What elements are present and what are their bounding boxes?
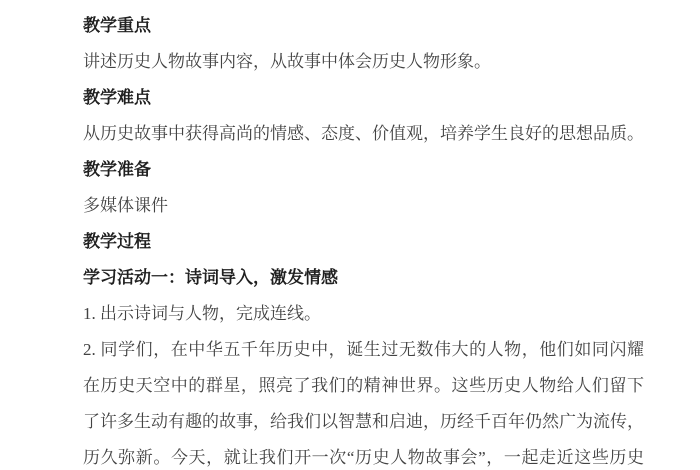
subheading-learning-activity-one: 学习活动一：诗词导入，激发情感 [83,260,644,296]
section-heading-teaching-preparation: 教学准备 [83,152,644,188]
section-heading-teaching-focus: 教学重点 [83,8,644,44]
paragraph-activity-step-2-line-4: 历久弥新。今天，就让我们开一次“历史人物故事会”，一起走近这些历史 [83,440,644,470]
paragraph-activity-step-2-line-3: 了许多生动有趣的故事，给我们以智慧和启迪，历经千百年仍然广为流传， [83,404,644,440]
paragraph-teaching-preparation: 多媒体课件 [83,188,644,224]
paragraph-teaching-focus: 讲述历史人物故事内容，从故事中体会历史人物形象。 [83,44,644,80]
document-page: 教学重点 讲述历史人物故事内容，从故事中体会历史人物形象。 教学难点 从历史故事… [0,0,700,470]
paragraph-activity-step-2-line-2: 在历史天空中的群星，照亮了我们的精神世界。这些历史人物给人们留下 [83,368,644,404]
section-heading-teaching-difficulty: 教学难点 [83,80,644,116]
paragraph-activity-step-2-line-1: 2. 同学们，在中华五千年历史中，诞生过无数伟大的人物，他们如同闪耀 [83,332,644,368]
paragraph-activity-step-1: 1. 出示诗词与人物，完成连线。 [83,296,644,332]
lesson-plan-content: 教学重点 讲述历史人物故事内容，从故事中体会历史人物形象。 教学难点 从历史故事… [83,8,644,470]
paragraph-teaching-difficulty: 从历史故事中获得高尚的情感、态度、价值观，培养学生良好的思想品质。 [83,116,644,152]
section-heading-teaching-process: 教学过程 [83,224,644,260]
